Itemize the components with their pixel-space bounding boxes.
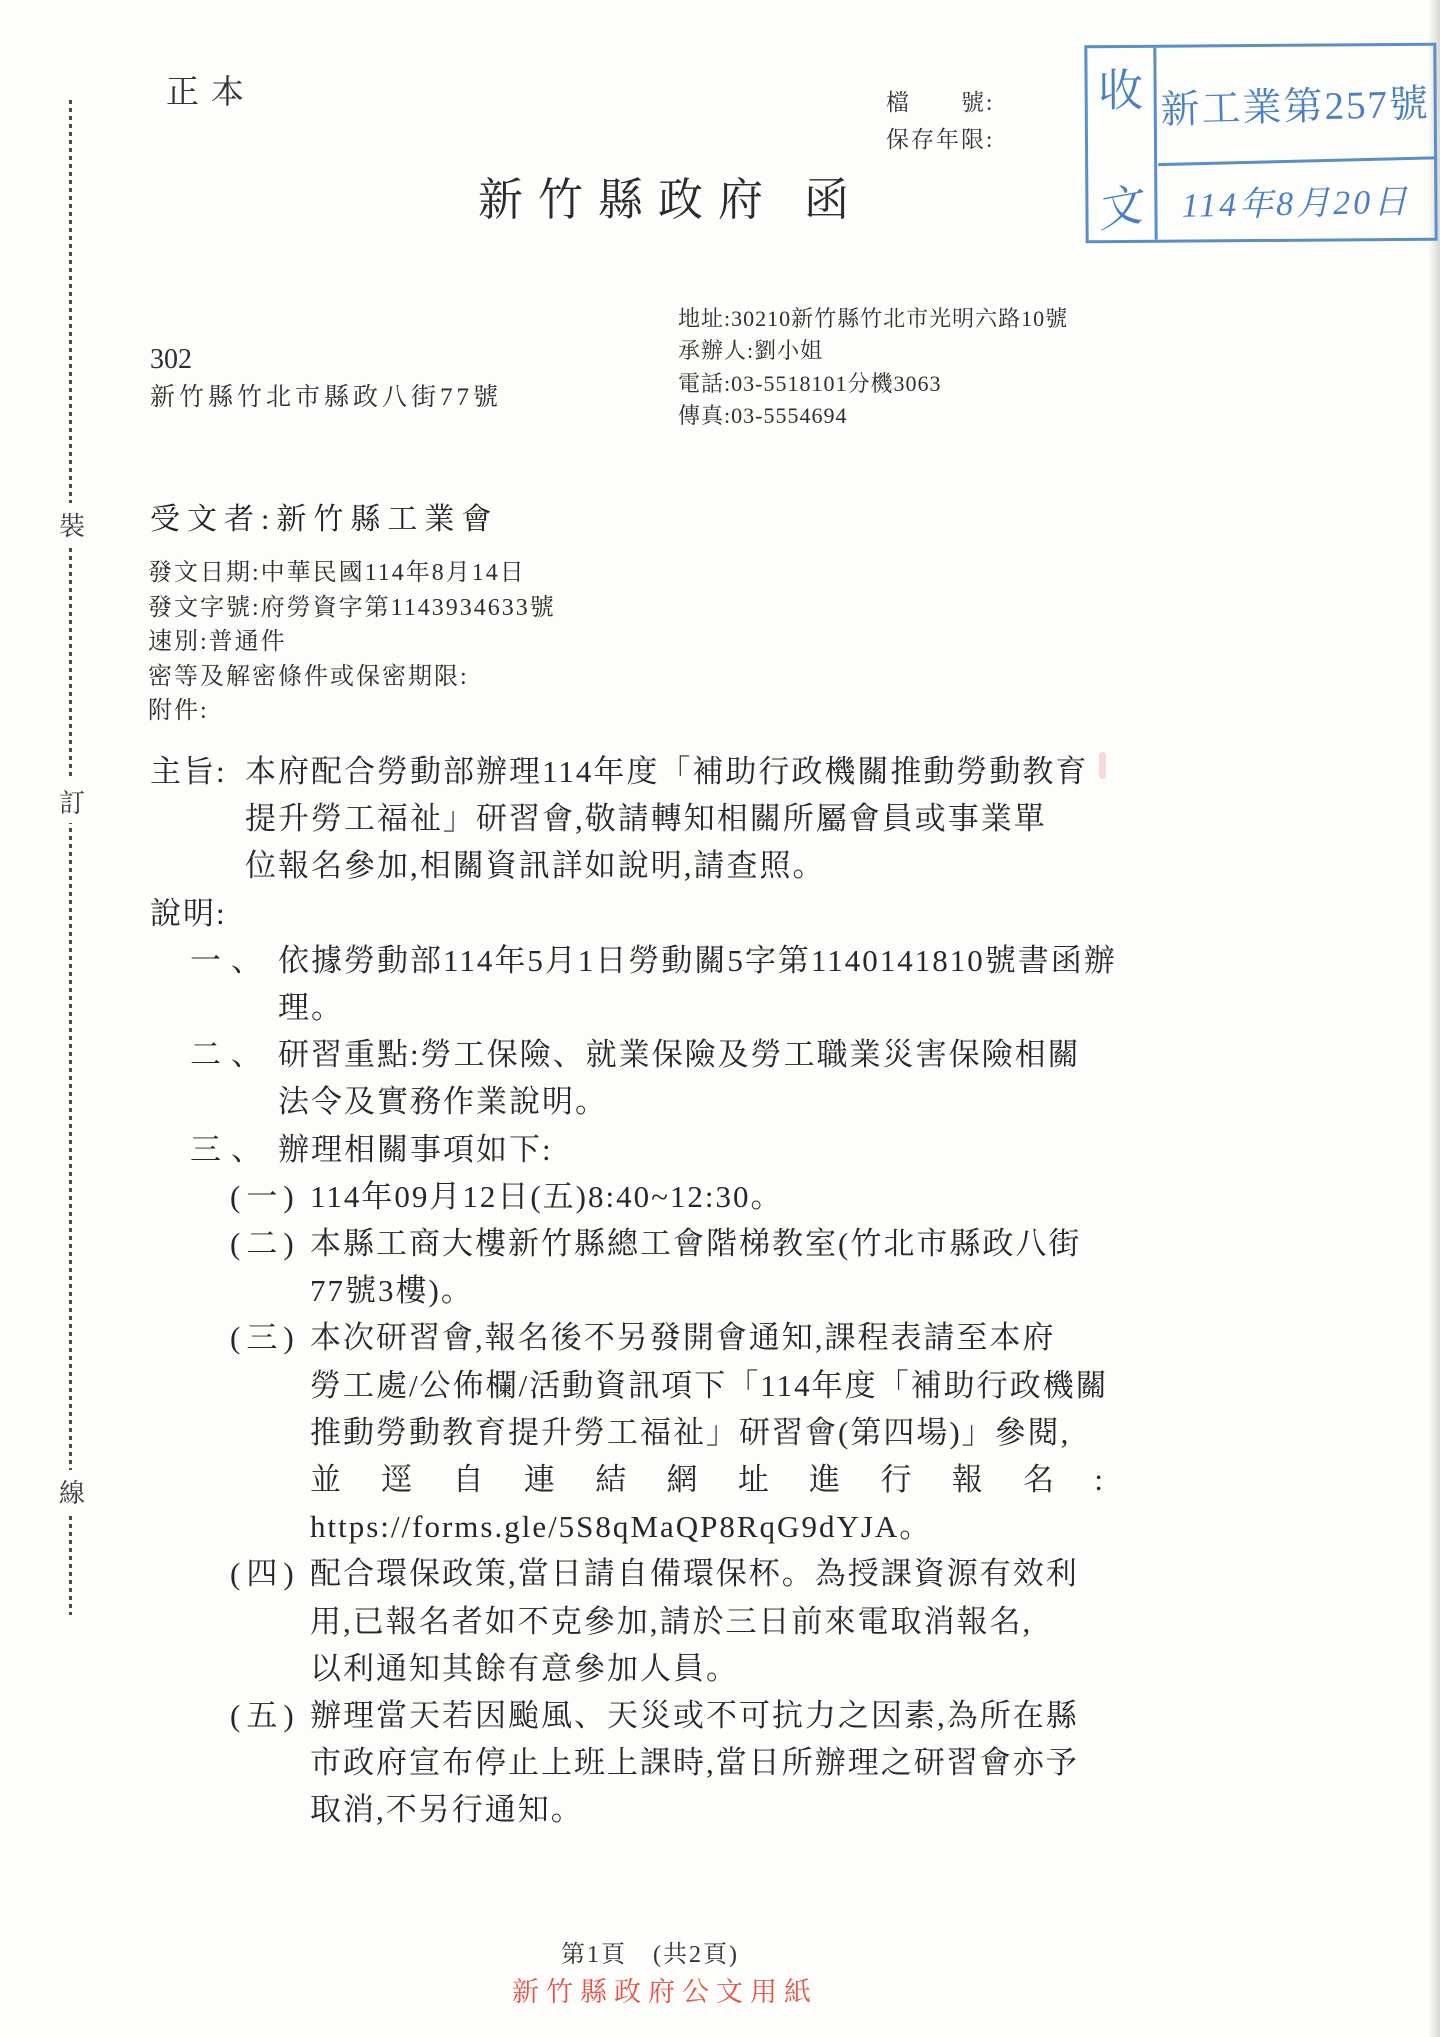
subitem-line: 本縣工商大樓新竹縣總工會階梯教室(竹北市縣政八街 [310,1226,1081,1261]
subject-paragraph: 主旨:本府配合勞動部辦理114年度「補助行政機關推動勞動教育 提升勞工福祉」研習… [150,748,1170,890]
contact-phone: 電話:03-5518101分機3063 [678,368,1068,400]
contact-address: 地址:30210新竹縣竹北市光明六路10號 [678,303,1068,335]
subitem-line: 配合環保政策,當日請自備環保杯。為授課資源有效利 [310,1556,1079,1591]
subitem-line: 77號3樓)。 [230,1267,1170,1314]
subitem-line: 市政府宣布停止上班上課時,當日所辦理之研習會亦予 [230,1739,1170,1786]
priority-line: 速別:普通件 [148,625,556,660]
copy-type-label: 正本 [166,66,256,113]
stamp-char-shou: 收 [1098,54,1143,119]
subject-line: 本府配合勞動部辦理114年度「補助行政機關推動勞動教育 [245,754,1088,789]
subitem-marker: (二) [230,1220,310,1267]
item-line: 理。 [190,984,1170,1031]
subject-line: 提升勞工福祉」研習會,敬請轉知相關所屬會員或事業單 [150,795,1170,842]
sub-item-4: (四)配合環保政策,當日請自備環保杯。為授課資源有效利 用,已報名者如不克參加,… [230,1550,1170,1692]
explanation-item-1: 一、依據勞動部114年5月1日勞動關5字第1140141810號書函辦 理。 [190,937,1170,1031]
subitem-line: 以利通知其餘有意參加人員。 [230,1645,1170,1692]
subitem-line: 推動勞動教育提升勞工福祉」研習會(第四場)」參閱, [230,1409,1170,1456]
contact-fax: 傳真:03-5554694 [678,400,1068,432]
classification-line: 密等及解密條件或保密期限: [148,660,556,695]
subitem-marker: (一) [230,1173,310,1220]
sub-item-5: (五)辦理當天若因颱風、天災或不可抗力之因素,為所在縣 市政府宣布停止上班上課時… [230,1692,1170,1834]
item-marker: 三、 [190,1126,278,1173]
subitem-line: 用,已報名者如不克參加,請於三日前來電取消報名, [230,1598,1170,1645]
sub-item-1: (一)114年09月12日(五)8:40~12:30。 [230,1173,1170,1220]
binding-mark-ding: 訂 [55,780,89,823]
explanation-label: 說明: [150,890,1170,937]
received-stamp: 收 文 新工業第257號 114年8月20日 [1084,43,1437,243]
explanation-item-2: 二、研習重點:勞工保險、就業保險及勞工職業災害保險相關 法令及實務作業說明。 [190,1031,1170,1125]
file-number-block: 檔 號: 保存年限: [886,84,994,158]
explanation-item-3: 三、辦理相關事項如下: [190,1126,1170,1173]
item-marker: 二、 [190,1031,278,1078]
official-paper-label: 新竹縣政府公文用紙 [150,1970,1180,2009]
issue-number-line: 發文字號:府勞資字第1143934633號 [148,591,556,626]
attachment-line: 附件: [148,694,556,729]
subitem-line: 本次研習會,報名後不另發開會通知,課程表請至本府 [310,1320,1056,1355]
item-line: 法令及實務作業說明。 [190,1078,1170,1125]
letter-body: 主旨:本府配合勞動部辦理114年度「補助行政機關推動勞動教育 提升勞工福祉」研習… [150,748,1170,1834]
stamp-receive-number: 新工業第257號 [1155,43,1435,166]
subitem-line-justified: 並逕自連結網址進行報名: [230,1456,1105,1503]
stamp-char-wen: 文 [1090,168,1146,240]
item-marker: 一、 [190,937,278,984]
file-number-label: 檔 號: [886,84,994,121]
sub-item-3: (三)本次研習會,報名後不另發開會通知,課程表請至本府 勞工處/公佈欄/活動資訊… [230,1314,1170,1550]
page-number: 第1頁 (共2頁) [150,1934,1150,1969]
subitem-line: 辦理當天若因颱風、天災或不可抗力之因素,為所在縣 [310,1698,1079,1733]
subitem-marker: (三) [230,1314,310,1361]
document-type: 函 [804,163,849,228]
subitem-line: 114年09月12日(五)8:40~12:30。 [310,1179,784,1214]
scan-edge-shadow [1428,0,1440,2037]
subitem-marker: (四) [230,1550,310,1597]
subject-line: 位報名參加,相關資訊詳如說明,請查照。 [150,842,1170,889]
contact-block: 地址:30210新竹縣竹北市光明六路10號 承辦人:劉小姐 電話:03-5518… [678,303,1068,433]
stamp-fields: 新工業第257號 114年8月20日 [1156,46,1434,240]
official-letter-page: 裝 訂 線 正本 檔 號: 保存年限: 新竹縣政府 函 收 文 新工業第257號… [0,0,1440,2037]
binding-mark-zhuang: 裝 [55,503,89,546]
binding-mark-xian: 線 [55,1470,89,1513]
stamp-receive-date: 114年8月20日 [1157,161,1435,241]
sender-postal-code: 302 [150,344,192,376]
item-line: 辦理相關事項如下: [278,1132,553,1167]
contact-person: 承辦人:劉小姐 [678,335,1068,367]
item-line: 依據勞動部114年5月1日勞動關5字第1140141810號書函辦 [278,943,1117,978]
item-line: 研習重點:勞工保險、就業保險及勞工職業災害保險相關 [278,1037,1081,1072]
registration-url-text: https://forms.gle/5S8qMaQP8RqG9dYJA。 [230,1503,1170,1550]
subitem-line: 勞工處/公佈欄/活動資訊項下「114年度「補助行政機關 [230,1362,1170,1409]
subject-marker: 主旨: [150,748,245,795]
retention-label: 保存年限: [886,121,994,158]
issuing-agency: 新竹縣政府 [478,163,778,228]
meta-block: 發文日期:中華民國114年8月14日 發文字號:府勞資字第1143934633號… [148,556,556,729]
document-title: 新竹縣政府 函 [478,163,849,228]
subitem-marker: (五) [230,1692,310,1739]
sender-address: 新竹縣竹北市縣政八街77號 [150,377,502,413]
binding-dotted-line [69,100,72,1615]
stamp-received-column: 收 文 [1087,48,1157,240]
issue-date-line: 發文日期:中華民國114年8月14日 [148,556,556,591]
sub-item-2: (二)本縣工商大樓新竹縣總工會階梯教室(竹北市縣政八街 77號3樓)。 [230,1220,1170,1314]
recipient-line: 受文者:新竹縣工業會 [150,494,498,538]
subitem-line: 取消,不另行通知。 [230,1786,1170,1833]
